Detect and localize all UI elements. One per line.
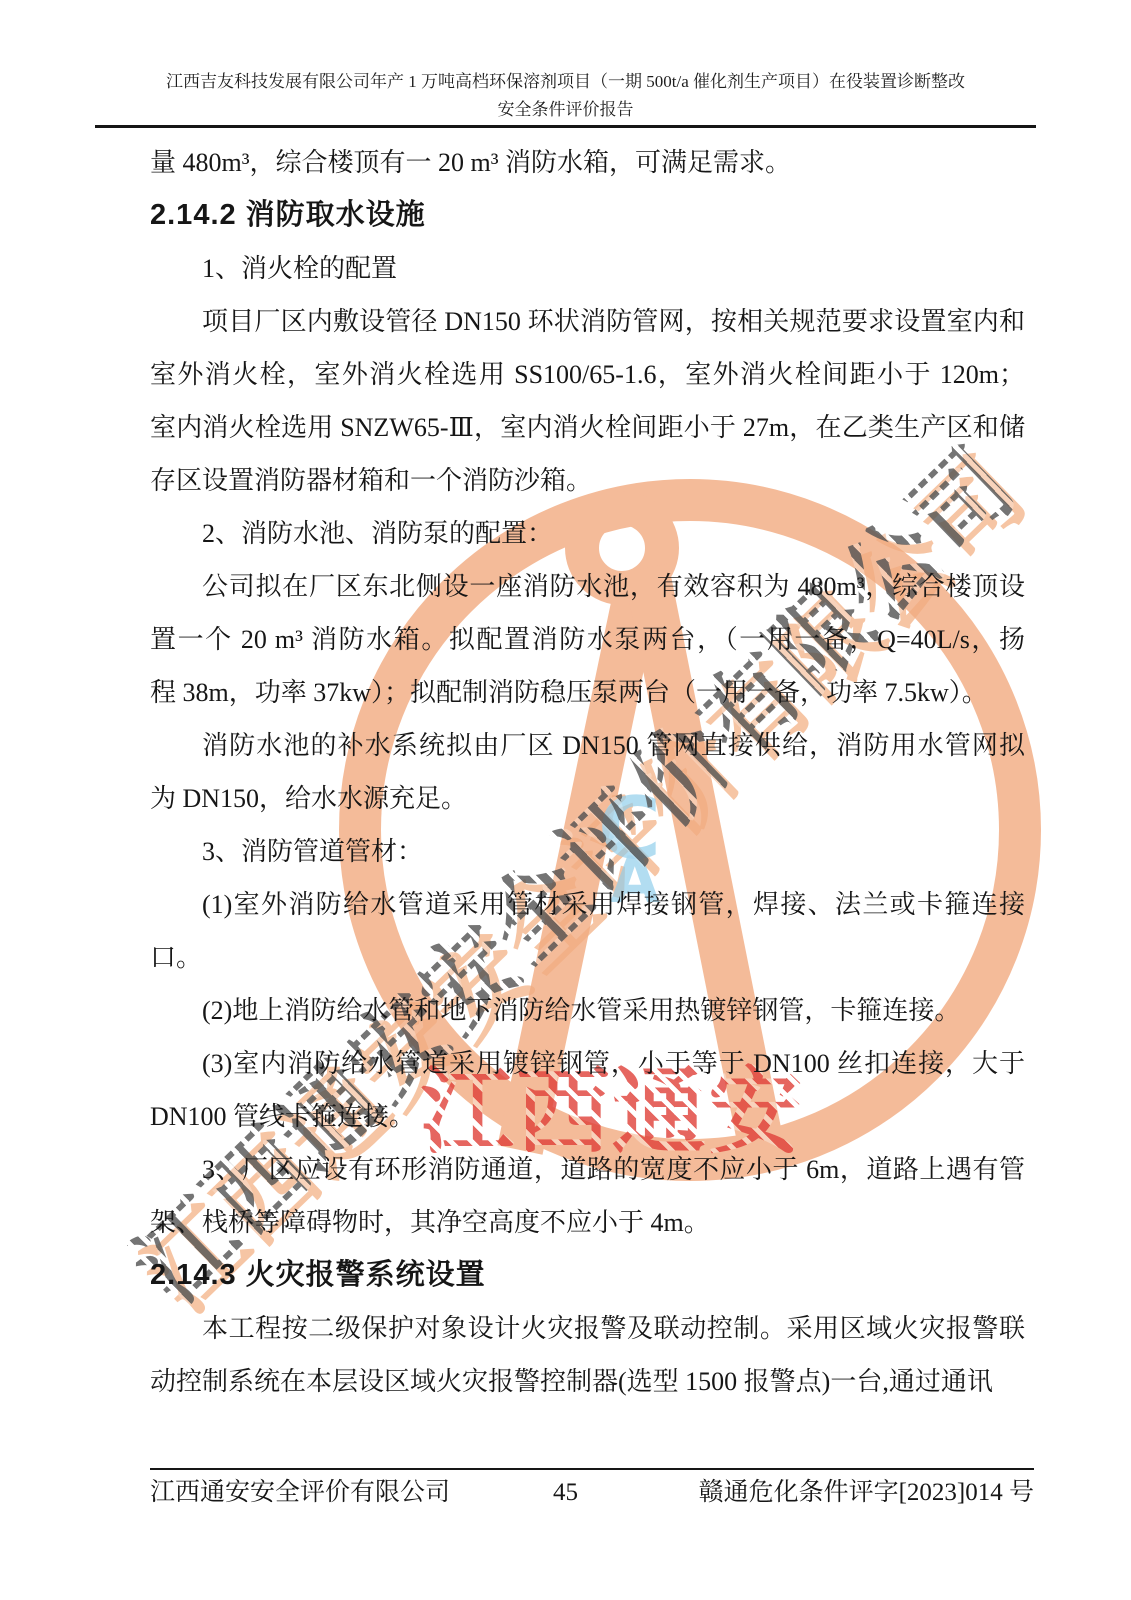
section-heading: 2.14.3 火灾报警系统设置 — [150, 1249, 1025, 1302]
text-line: 存区设置消防器材箱和一个消防沙箱。 — [150, 454, 1025, 507]
text-line: (3)室内消防给水管道采用镀锌钢管，小于等于 DN100 丝扣连接，大于 — [150, 1037, 1025, 1090]
text-line: 2、消防水池、消防泵的配置： — [150, 507, 1025, 560]
text-line: 本工程按二级保护对象设计火灾报警及联动控制。采用区域火灾报警联 — [150, 1302, 1025, 1355]
text-line: 消防水池的补水系统拟由厂区 DN150 管网直接供给，消防用水管网拟 — [150, 719, 1025, 772]
text-line: (1)室外消防给水管道采用管材采用焊接钢管，焊接、法兰或卡箍连接 — [150, 878, 1025, 931]
text-line: 3、厂区应设有环形消防通道，道路的宽度不应小于 6m，道路上遇有管 — [150, 1143, 1025, 1196]
paragraph: 量 480m³，综合楼顶有一 20 m³ 消防水箱，可满足需求。 — [150, 136, 1025, 189]
section-heading: 2.14.2 消防取水设施 — [150, 189, 1025, 242]
header-line2: 安全条件评价报告 — [95, 96, 1036, 124]
paragraph: 项目厂区内敷设管径 DN150 环状消防管网，按相关规范要求设置室内和室外消火栓… — [150, 295, 1025, 507]
paragraph: (1)室外消防给水管道采用管材采用焊接钢管，焊接、法兰或卡箍连接口。 — [150, 878, 1025, 984]
text-line: DN100 管线卡箍连接。 — [150, 1090, 1025, 1143]
text-line: 项目厂区内敷设管径 DN150 环状消防管网，按相关规范要求设置室内和 — [150, 295, 1025, 348]
header-line1: 江西吉友科技发展有限公司年产 1 万吨高档环保溶剂项目（一期 500t/a 催化… — [95, 68, 1036, 96]
text-line: 3、消防管道管材： — [150, 825, 1025, 878]
text-line: 1、消火栓的配置 — [150, 242, 1025, 295]
paragraph: 消防水池的补水系统拟由厂区 DN150 管网直接供给，消防用水管网拟为 DN15… — [150, 719, 1025, 825]
footer-doc-number: 赣通危化条件评字[2023]014 号 — [699, 1477, 1034, 1509]
paragraph: 3、厂区应设有环形消防通道，道路的宽度不应小于 6m，道路上遇有管架、栈桥等障碍… — [150, 1143, 1025, 1249]
header-rule — [95, 125, 1036, 128]
text-line: 口。 — [150, 931, 1025, 984]
text-line: 室内消火栓选用 SNZW65-Ⅲ，室内消火栓间距小于 27m，在乙类生产区和储 — [150, 401, 1025, 454]
text-line: 2.14.3 火灾报警系统设置 — [150, 1249, 1025, 1302]
paragraph: 公司拟在厂区东北侧设一座消防水池，有效容积为 480m³，综合楼顶设置一个 20… — [150, 560, 1025, 719]
text-line: 为 DN150，给水水源充足。 — [150, 772, 1025, 825]
paragraph: 3、消防管道管材： — [150, 825, 1025, 878]
text-line: 置一个 20 m³ 消防水箱。拟配置消防水泵两台，（一用一备，Q=40L/s，扬 — [150, 613, 1025, 666]
paragraph: 2、消防水池、消防泵的配置： — [150, 507, 1025, 560]
paragraph: 1、消火栓的配置 — [150, 242, 1025, 295]
text-line: 架、栈桥等障碍物时，其净空高度不应小于 4m。 — [150, 1196, 1025, 1249]
text-line: 量 480m³，综合楼顶有一 20 m³ 消防水箱，可满足需求。 — [150, 136, 1025, 189]
document-page: 江西通安安全评价有限公司 C A 江西通安安全评价有限公司 江西通安 江西吉友科… — [0, 0, 1131, 1600]
text-line: 程 38m，功率 37kw）；拟配制消防稳压泵两台（一用一备，功率 7.5kw）… — [150, 666, 1025, 719]
document-body: 量 480m³，综合楼顶有一 20 m³ 消防水箱，可满足需求。2.14.2 消… — [150, 136, 1025, 1408]
paragraph: (2)地上消防给水管和地下消防给水管采用热镀锌钢管，卡箍连接。 — [150, 984, 1025, 1037]
page-footer: 江西通安安全评价有限公司 45 赣通危化条件评字[2023]014 号 — [150, 1477, 1034, 1509]
text-line: 公司拟在厂区东北侧设一座消防水池，有效容积为 480m³，综合楼顶设 — [150, 560, 1025, 613]
page-header: 江西吉友科技发展有限公司年产 1 万吨高档环保溶剂项目（一期 500t/a 催化… — [95, 68, 1036, 124]
text-line: 2.14.2 消防取水设施 — [150, 189, 1025, 242]
paragraph: 本工程按二级保护对象设计火灾报警及联动控制。采用区域火灾报警联动控制系统在本层设… — [150, 1302, 1025, 1408]
text-line: 室外消火栓，室外消火栓选用 SS100/65-1.6，室外消火栓间距小于 120… — [150, 348, 1025, 401]
paragraph: (3)室内消防给水管道采用镀锌钢管，小于等于 DN100 丝扣连接，大于DN10… — [150, 1037, 1025, 1143]
footer-rule — [150, 1468, 1034, 1470]
footer-company: 江西通安安全评价有限公司 — [150, 1477, 450, 1509]
text-line: (2)地上消防给水管和地下消防给水管采用热镀锌钢管，卡箍连接。 — [150, 984, 1025, 1037]
text-line: 动控制系统在本层设区域火灾报警控制器(选型 1500 报警点)一台,通过通讯 — [150, 1355, 1025, 1408]
footer-page-number: 45 — [553, 1477, 578, 1509]
